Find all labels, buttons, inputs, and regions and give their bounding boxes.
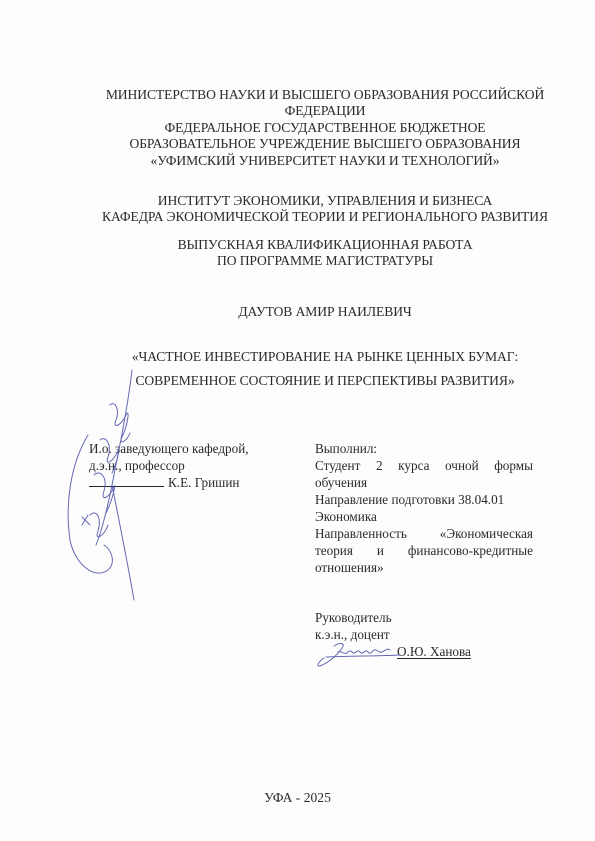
- performer-block: Выполнил: Студент 2 курса очной формы об…: [315, 440, 533, 576]
- supervisor-label: Руководитель: [315, 609, 471, 626]
- performer-line: отношения»: [315, 559, 533, 576]
- head-name: К.Е. Гришин: [168, 475, 239, 490]
- work-type-block: ВЫПУСКНАЯ КВАЛИФИКАЦИОННАЯ РАБОТА ПО ПРО…: [85, 237, 565, 270]
- performer-line: Направленность «Экономическая: [315, 525, 533, 542]
- performer-line: обучения: [315, 474, 533, 491]
- header-line: ФЕДЕРАЛЬНОЕ ГОСУДАРСТВЕННОЕ БЮДЖЕТНОЕ: [85, 120, 565, 136]
- performer-line: Экономика: [315, 508, 533, 525]
- performer-line: теория и финансово-кредитные: [315, 542, 533, 559]
- performer-line: Студент 2 курса очной формы: [315, 457, 533, 474]
- city-year: УФА - 2025: [0, 790, 595, 806]
- header-line: «УФИМСКИЙ УНИВЕРСИТЕТ НАУКИ И ТЕХНОЛОГИЙ…: [85, 153, 565, 169]
- supervisor-signature-icon: [312, 640, 402, 668]
- author-name: ДАУТОВ АМИР НАИЛЕВИЧ: [85, 304, 565, 320]
- institute-name: ИНСТИТУТ ЭКОНОМИКИ, УПРАВЛЕНИЯ И БИЗНЕСА: [85, 193, 565, 209]
- work-type-line: ВЫПУСКНАЯ КВАЛИФИКАЦИОННАЯ РАБОТА: [85, 237, 565, 253]
- header-line: ОБРАЗОВАТЕЛЬНОЕ УЧРЕЖДЕНИЕ ВЫСШЕГО ОБРАЗ…: [85, 136, 565, 152]
- supervisor-name: О.Ю. Ханова: [397, 644, 471, 659]
- performer-label: Выполнил:: [315, 440, 533, 457]
- ministry-header: МИНИСТЕРСТВО НАУКИ И ВЫСШЕГО ОБРАЗОВАНИЯ…: [85, 87, 565, 169]
- performer-line: Направление подготовки 38.04.01: [315, 491, 533, 508]
- handwritten-signature-icon: [60, 365, 170, 610]
- header-line: ФЕДЕРАЦИИ: [85, 103, 565, 119]
- work-type-line: ПО ПРОГРАММЕ МАГИСТРАТУРЫ: [85, 253, 565, 269]
- institute-block: ИНСТИТУТ ЭКОНОМИКИ, УПРАВЛЕНИЯ И БИЗНЕСА…: [85, 193, 565, 226]
- header-line: МИНИСТЕРСТВО НАУКИ И ВЫСШЕГО ОБРАЗОВАНИЯ…: [85, 87, 565, 103]
- title-page: МИНИСТЕРСТВО НАУКИ И ВЫСШЕГО ОБРАЗОВАНИЯ…: [0, 0, 595, 841]
- department-name: КАФЕДРА ЭКОНОМИЧЕСКОЙ ТЕОРИИ И РЕГИОНАЛЬ…: [85, 209, 565, 225]
